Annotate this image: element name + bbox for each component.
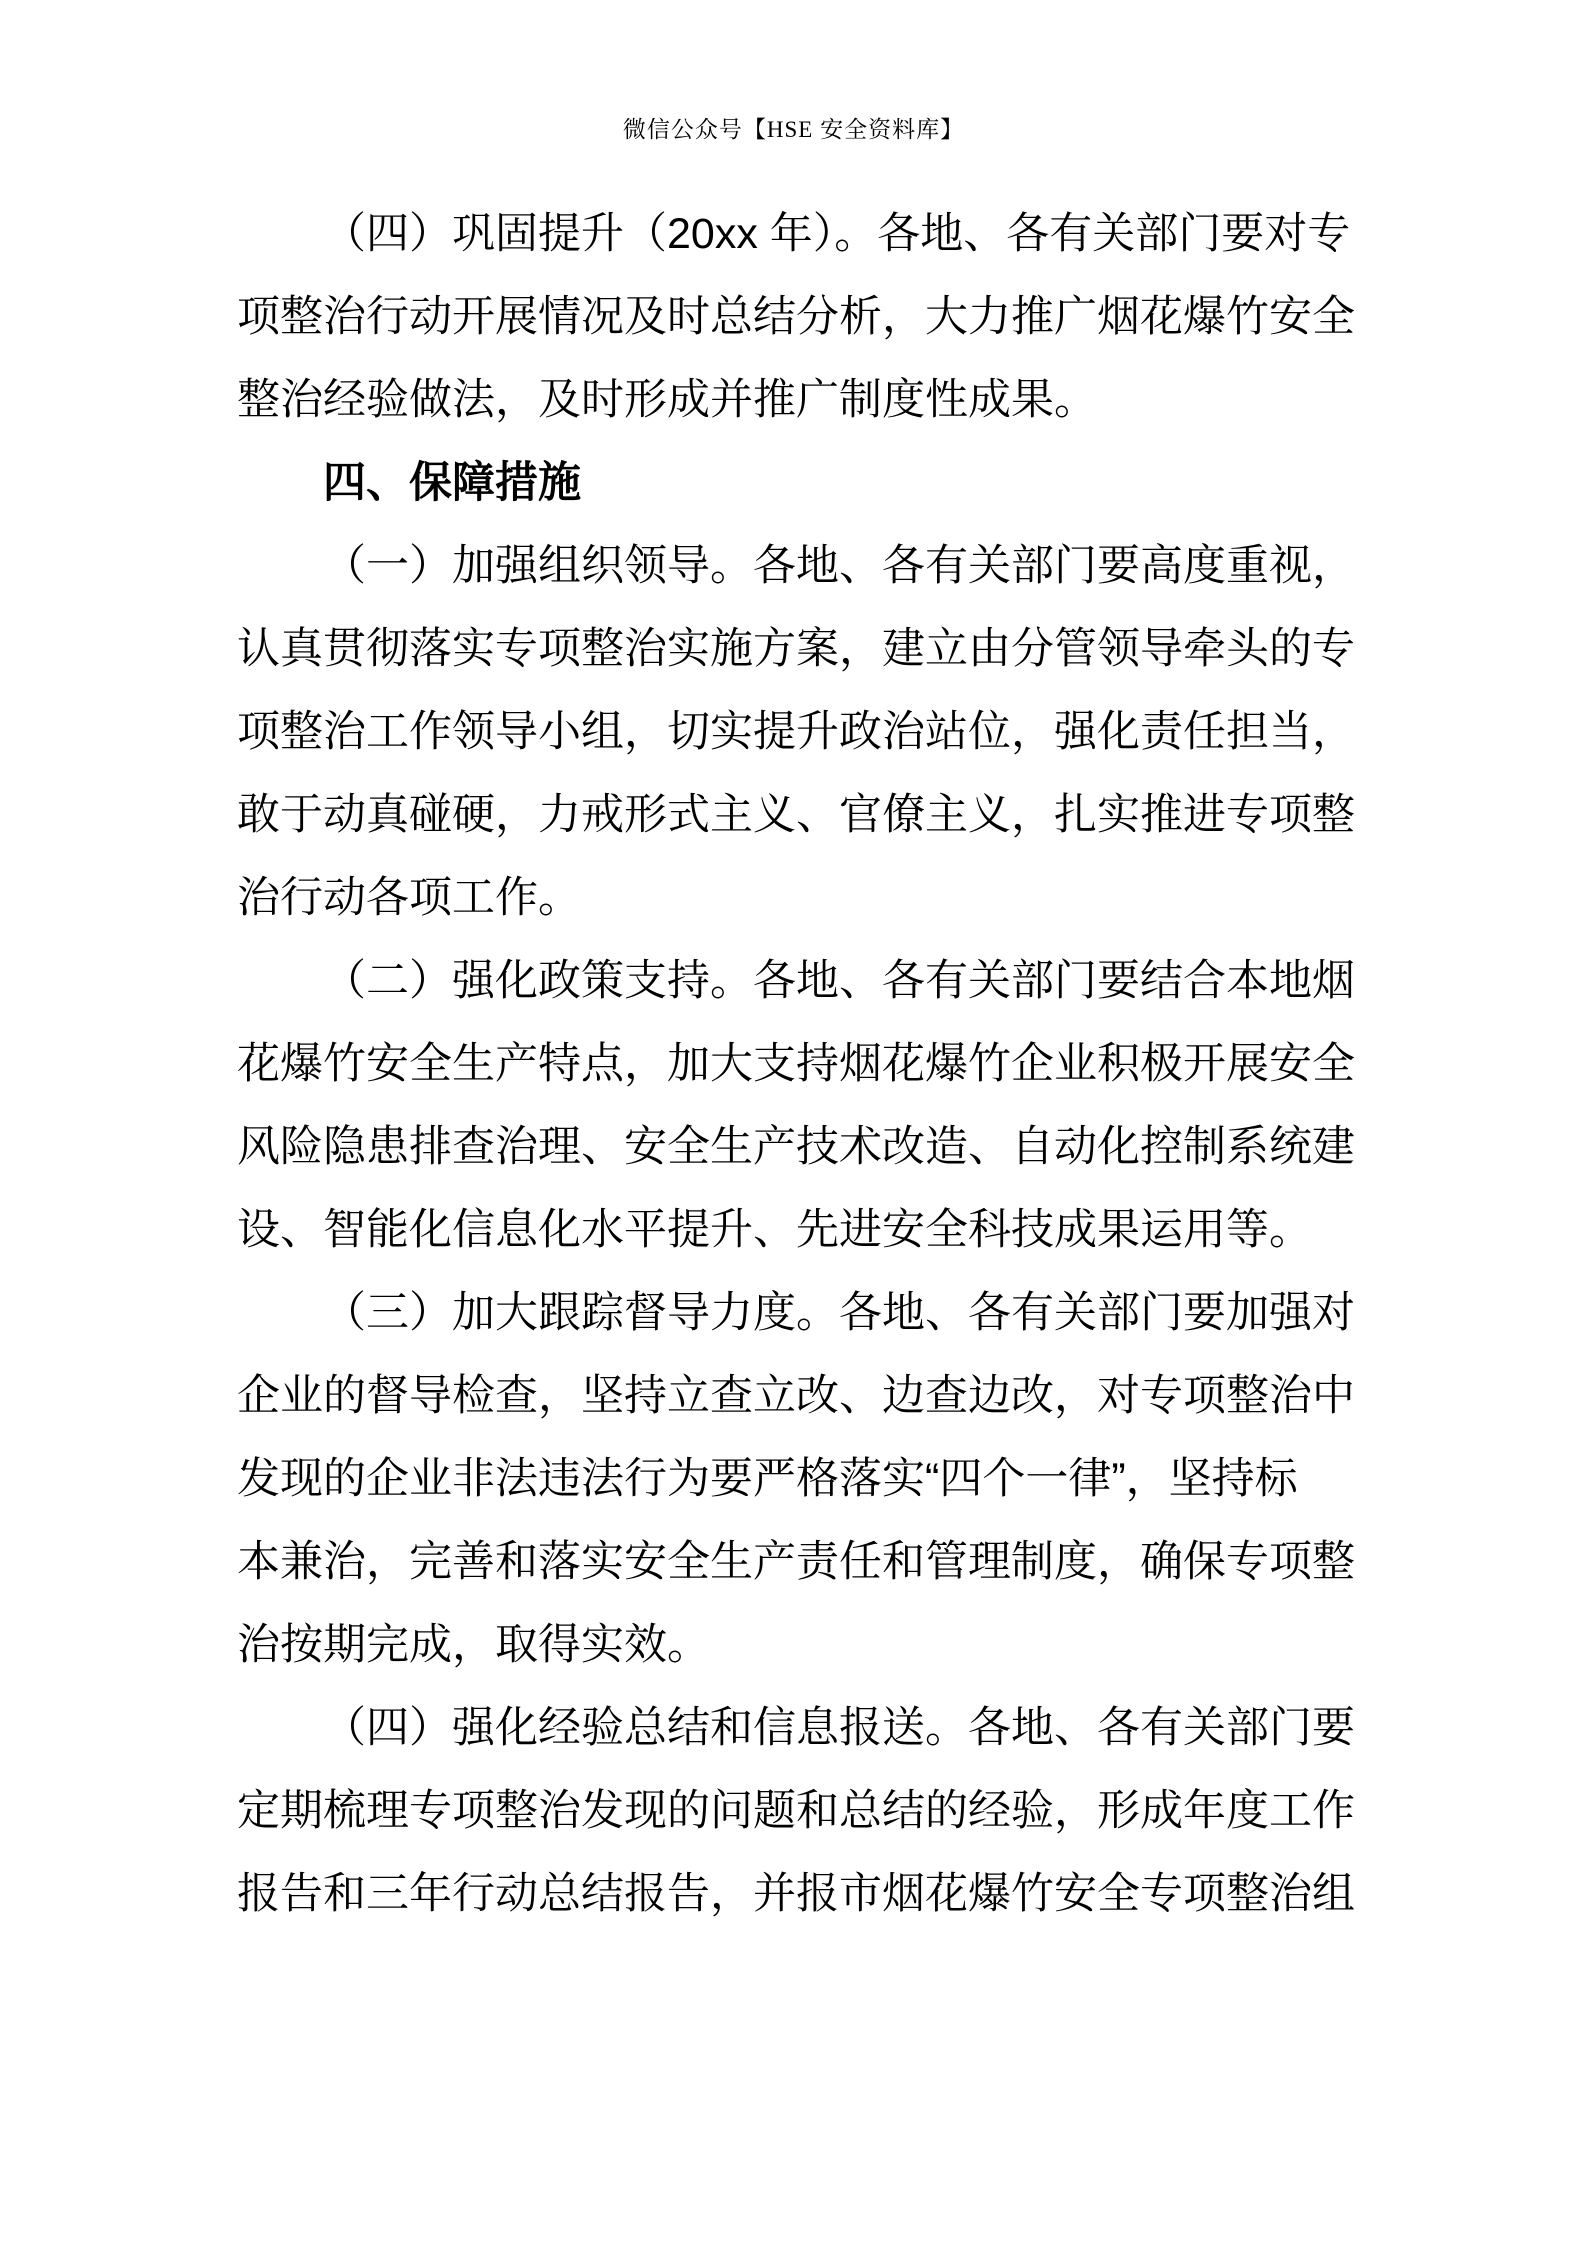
text-line: 项整治行动开展情况及时总结分析，大力推广烟花爆竹安全 <box>237 276 1362 359</box>
text-line: （四）巩固提升（20xx 年）。各地、各有关部门要对专 <box>237 193 1362 276</box>
text-line: （二）强化政策支持。各地、各有关部门要结合本地烟 <box>237 940 1362 1023</box>
text-line: 企业的督导检查，坚持立查立改、边查边改，对专项整治中 <box>237 1355 1362 1438</box>
text-line: 四、保障措施 <box>237 442 1362 525</box>
text-line: （三）加大跟踪督导力度。各地、各有关部门要加强对 <box>237 1272 1362 1355</box>
text-line: 风险隐患排查治理、安全生产技术改造、自动化控制系统建 <box>237 1106 1362 1189</box>
text-line: 报告和三年行动总结报告，并报市烟花爆竹安全专项整治组 <box>237 1853 1362 1936</box>
document-page: 微信公众号【HSE 安全资料库】 （四）巩固提升（20xx 年）。各地、各有关部… <box>0 0 1587 2245</box>
text-line: （一）加强组织领导。各地、各有关部门要高度重视， <box>237 525 1362 608</box>
text-line: 定期梳理专项整治发现的问题和总结的经验，形成年度工作 <box>237 1770 1362 1853</box>
text-line: （四）强化经验总结和信息报送。各地、各有关部门要 <box>237 1687 1362 1770</box>
text-line: 敢于动真碰硬，力戒形式主义、官僚主义，扎实推进专项整 <box>237 774 1362 857</box>
page-header: 微信公众号【HSE 安全资料库】 <box>0 116 1587 144</box>
text-line: 设、智能化信息化水平提升、先进安全科技成果运用等。 <box>237 1189 1362 1272</box>
document-body: （四）巩固提升（20xx 年）。各地、各有关部门要对专项整治行动开展情况及时总结… <box>237 193 1362 1936</box>
text-line: 花爆竹安全生产特点，加大支持烟花爆竹企业积极开展安全 <box>237 1023 1362 1106</box>
text-line: 项整治工作领导小组，切实提升政治站位，强化责任担当， <box>237 691 1362 774</box>
text-line: 认真贯彻落实专项整治实施方案，建立由分管领导牵头的专 <box>237 608 1362 691</box>
text-line: 治按期完成，取得实效。 <box>237 1604 1362 1687</box>
text-line: 发现的企业非法违法行为要严格落实“四个一律”，坚持标 <box>237 1438 1362 1521</box>
text-line: 整治经验做法，及时形成并推广制度性成果。 <box>237 359 1362 442</box>
text-line: 治行动各项工作。 <box>237 857 1362 940</box>
text-line: 本兼治，完善和落实安全生产责任和管理制度，确保专项整 <box>237 1521 1362 1604</box>
